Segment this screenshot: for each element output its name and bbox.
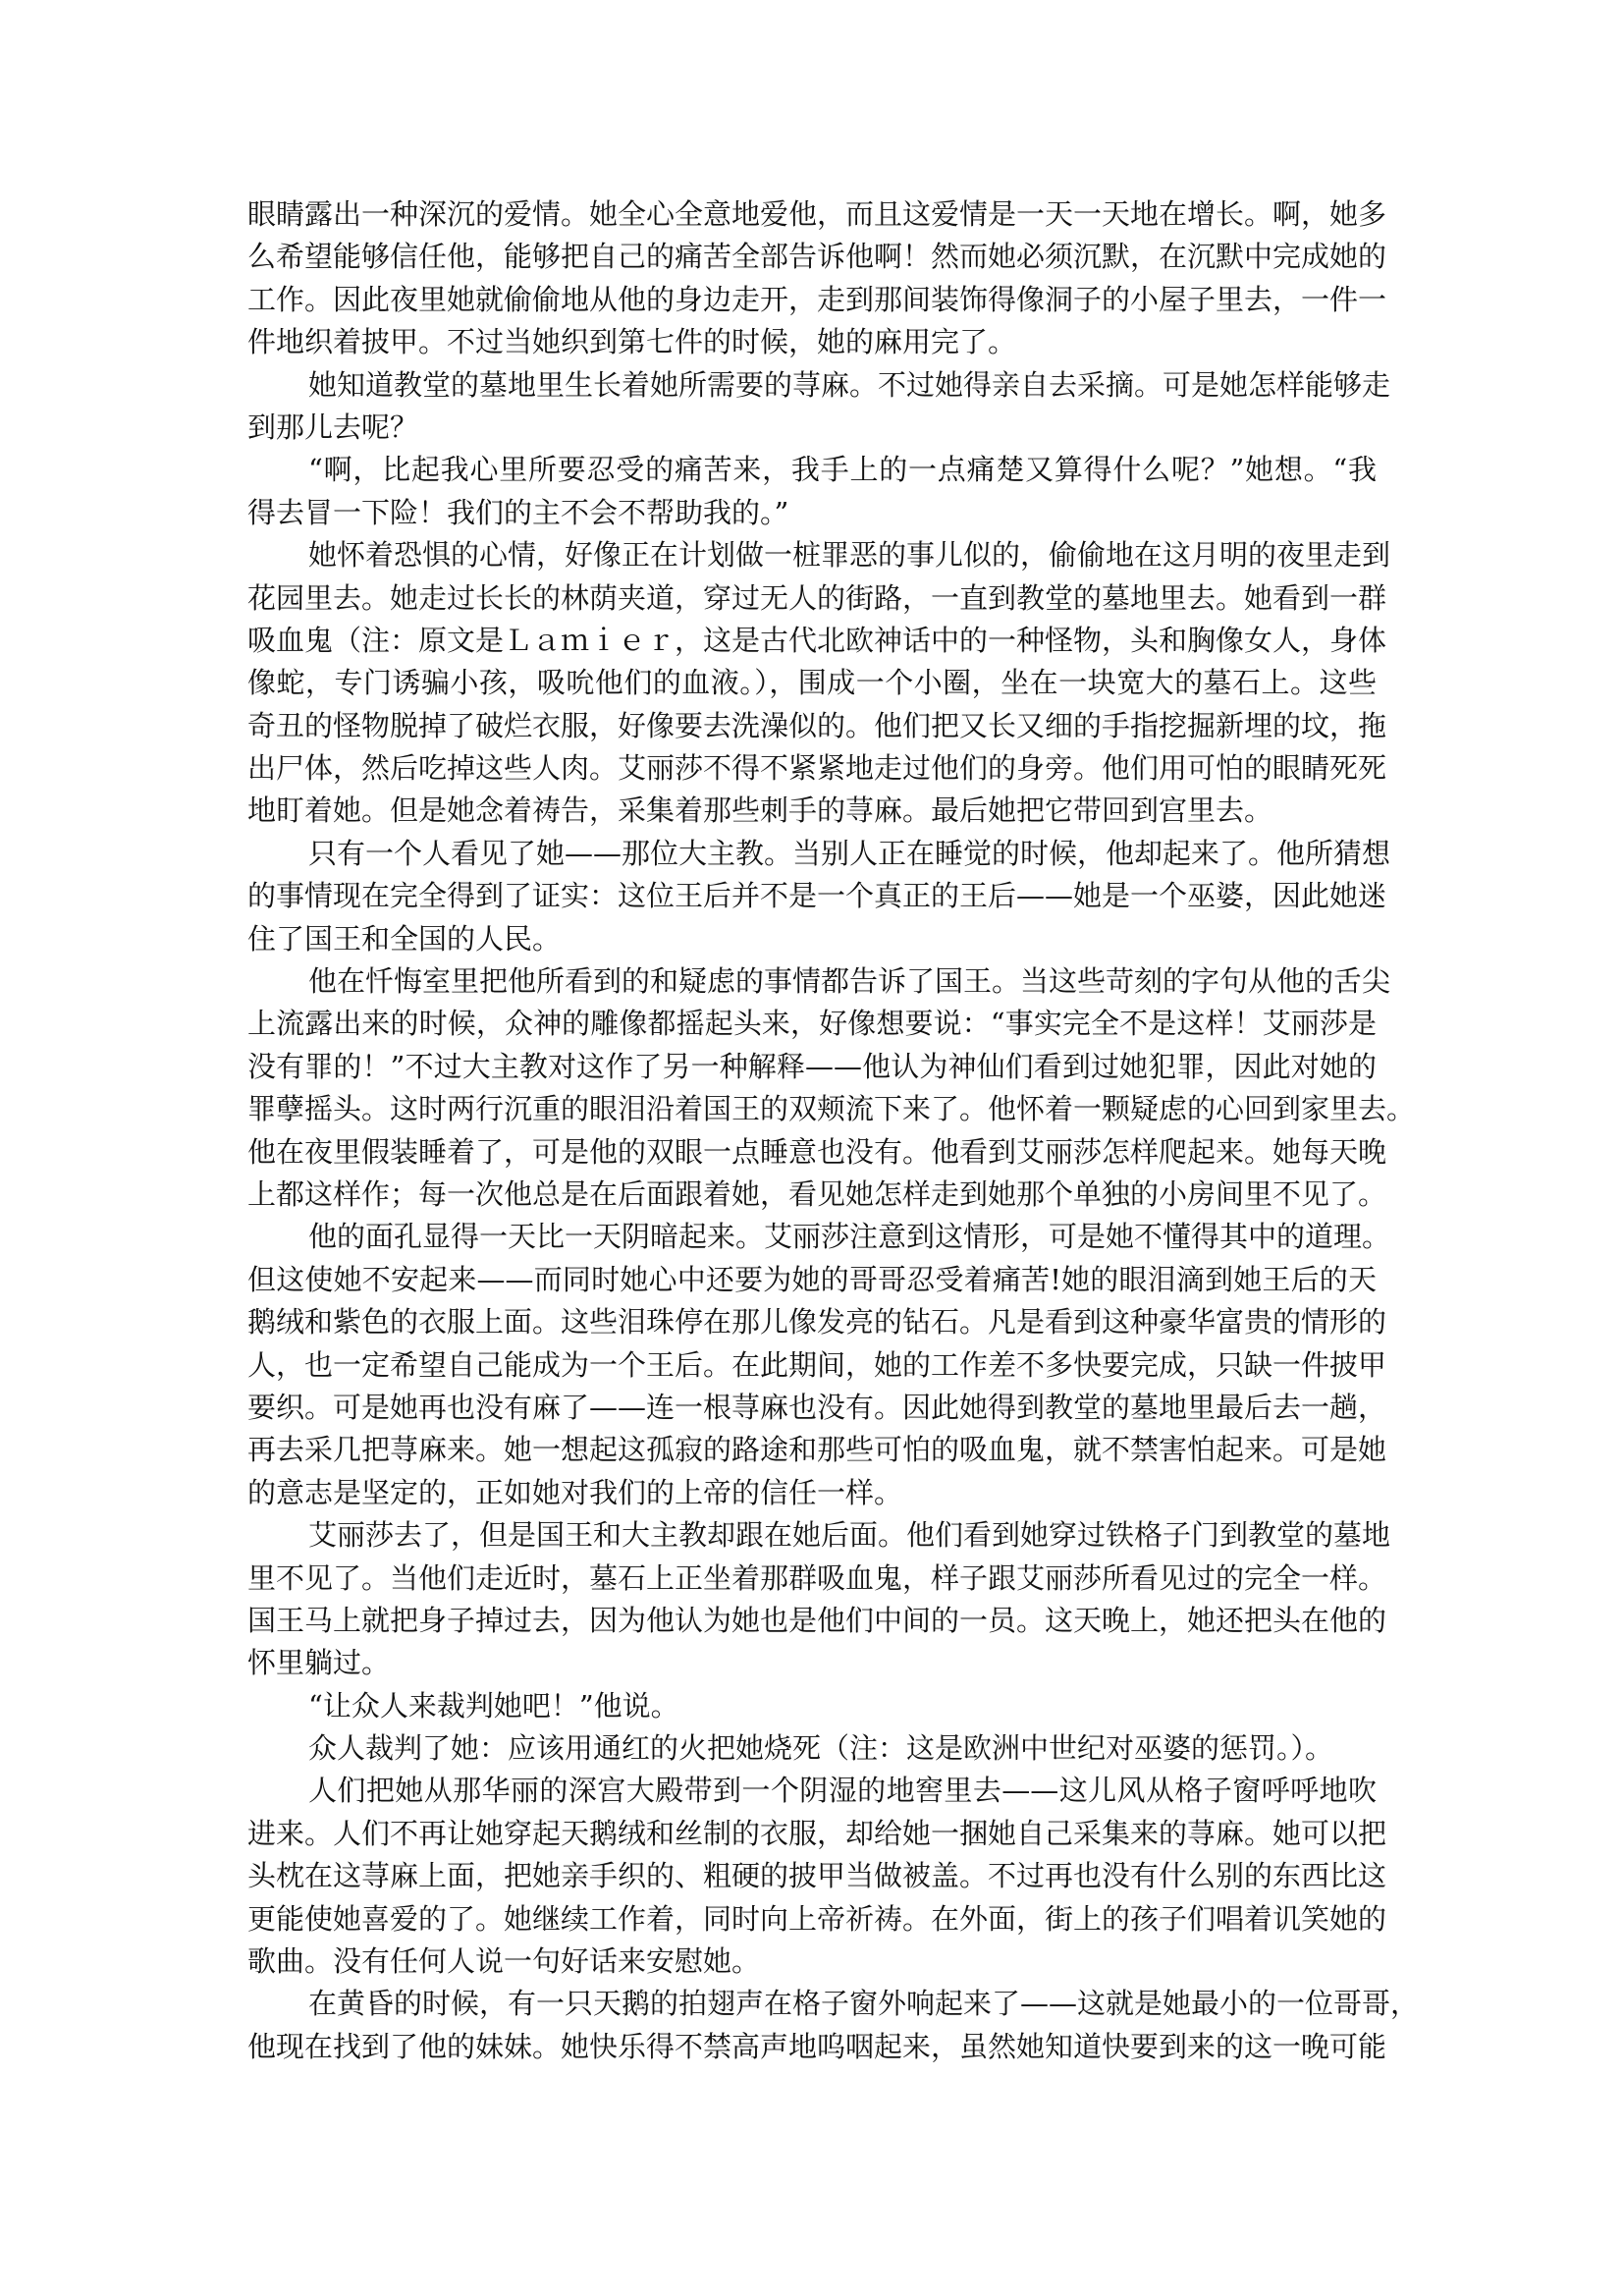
text-line: 国王马上就把身子掉过去，因为他认为她也是他们中间的一员。这天晚上，她还把头在他的 (247, 1600, 1377, 1642)
text-line: 吸血鬼（注：原文是Ｌａｍｉｅｒ，这是古代北欧神话中的一种怪物，头和胸像女人，身体 (247, 620, 1377, 662)
text-line: 但这使她不安起来——而同时她心中还要为她的哥哥忍受着痛苦!她的眼泪滴到她王后的天 (247, 1259, 1377, 1301)
text-line: 头枕在这荨麻上面，把她亲手织的、粗硬的披甲当做被盖。不过再也没有什么别的东西比这 (247, 1855, 1377, 1897)
text-line: 到那儿去呢？ (247, 407, 1377, 449)
text-line: 只有一个人看见了她——那位大主教。当别人正在睡觉的时候，他却起来了。他所猜想 (247, 833, 1377, 875)
text-line: 她知道教堂的墓地里生长着她所需要的荨麻。不过她得亲自去采摘。可是她怎样能够走 (247, 364, 1377, 407)
text-line: 人们把她从那华丽的深宫大殿带到一个阴湿的地窖里去——这儿风从格子窗呼呼地吹 (247, 1770, 1377, 1812)
text-line: 歌曲。没有任何人说一句好话来安慰她。 (247, 1941, 1377, 1983)
text-line: 的意志是坚定的，正如她对我们的上帝的信任一样。 (247, 1472, 1377, 1514)
document-page: 眼睛露出一种深沉的爱情。她全心全意地爱他，而且这爱情是一天一天地在增长。啊，她多… (247, 193, 1377, 2068)
text-line: 没有罪的！”不过大主教对这作了另一种解释——他认为神仙们看到过她犯罪，因此对她的 (247, 1046, 1377, 1088)
text-line: 工作。因此夜里她就偷偷地从他的身边走开，走到那间装饰得像洞子的小屋子里去，一件一 (247, 279, 1377, 321)
text-line: 眼睛露出一种深沉的爱情。她全心全意地爱他，而且这爱情是一天一天地在增长。啊，她多 (247, 193, 1377, 236)
text-line: 出尸体，然后吃掉这些人肉。艾丽莎不得不紧紧地走过他们的身旁。他们用可怕的眼睛死死 (247, 747, 1377, 790)
text-line: 再去采几把荨麻来。她一想起这孤寂的路途和那些可怕的吸血鬼，就不禁害怕起来。可是她 (247, 1429, 1377, 1471)
document-body: 眼睛露出一种深沉的爱情。她全心全意地爱他，而且这爱情是一天一天地在增长。啊，她多… (247, 193, 1377, 2068)
text-line: 更能使她喜爱的了。她继续工作着，同时向上帝祈祷。在外面，街上的孩子们唱着讥笑她的 (247, 1898, 1377, 1941)
text-line: 上流露出来的时候，众神的雕像都摇起头来，好像想要说：“事实完全不是这样！艾丽莎是 (247, 1003, 1377, 1045)
text-line: “让众人来裁判她吧！”他说。 (247, 1685, 1377, 1727)
text-line: 里不见了。当他们走近时，墓石上正坐着那群吸血鬼，样子跟艾丽莎所看见过的完全一样。 (247, 1558, 1377, 1600)
text-line: 他在忏悔室里把他所看到的和疑虑的事情都告诉了国王。当这些苛刻的字句从他的舌尖 (247, 960, 1377, 1003)
text-line: 人，也一定希望自己能成为一个王后。在此期间，她的工作差不多快要完成，只缺一件披甲 (247, 1344, 1377, 1387)
text-line: 在黄昏的时候，有一只天鹅的拍翅声在格子窗外响起来了——这就是她最小的一位哥哥， (247, 1983, 1377, 2025)
text-line: 住了国王和全国的人民。 (247, 918, 1377, 960)
text-line: 罪孽摇头。这时两行沉重的眼泪沿着国王的双颊流下来了。他怀着一颗疑虑的心回到家里去… (247, 1088, 1377, 1130)
text-line: 艾丽莎去了，但是国王和大主教却跟在她后面。他们看到她穿过铁格子门到教堂的墓地 (247, 1514, 1377, 1557)
text-line: 鹅绒和紫色的衣服上面。这些泪珠停在那儿像发亮的钻石。凡是看到这种豪华富贵的情形的 (247, 1301, 1377, 1343)
text-line: 他的面孔显得一天比一天阴暗起来。艾丽莎注意到这情形，可是她不懂得其中的道理。 (247, 1216, 1377, 1258)
text-line: 花园里去。她走过长长的林荫夹道，穿过无人的街路，一直到教堂的墓地里去。她看到一群 (247, 577, 1377, 620)
text-line: 要织。可是她再也没有麻了——连一根荨麻也没有。因此她得到教堂的墓地里最后去一趟， (247, 1387, 1377, 1429)
text-line: 上都这样作；每一次他总是在后面跟着她，看见她怎样走到她那个单独的小房间里不见了。 (247, 1174, 1377, 1216)
text-line: 得去冒一下险！我们的主不会不帮助我的。” (247, 492, 1377, 534)
text-line: 她怀着恐惧的心情，好像正在计划做一桩罪恶的事儿似的，偷偷地在这月明的夜里走到 (247, 534, 1377, 576)
text-line: 他现在找到了他的妹妹。她快乐得不禁高声地呜咽起来，虽然她知道快要到来的这一晚可能 (247, 2026, 1377, 2068)
text-line: 的事情现在完全得到了证实：这位王后并不是一个真正的王后——她是一个巫婆，因此她迷 (247, 875, 1377, 917)
text-line: 奇丑的怪物脱掉了破烂衣服，好像要去洗澡似的。他们把又长又细的手指挖掘新埋的坟，拖 (247, 705, 1377, 747)
text-line: 怀里躺过。 (247, 1642, 1377, 1684)
text-line: “啊，比起我心里所要忍受的痛苦来，我手上的一点痛楚又算得什么呢？”她想。“我 (247, 449, 1377, 491)
text-line: 么希望能够信任他，能够把自己的痛苦全部告诉他啊！然而她必须沉默，在沉默中完成她的 (247, 236, 1377, 278)
text-line: 像蛇，专门诱骗小孩，吸吮他们的血液。），围成一个小圈，坐在一块宽大的墓石上。这些 (247, 662, 1377, 704)
text-line: 地盯着她。但是她念着祷告，采集着那些刺手的荨麻。最后她把它带回到宫里去。 (247, 790, 1377, 832)
text-line: 进来。人们不再让她穿起天鹅绒和丝制的衣服，却给她一捆她自己采集来的荨麻。她可以把 (247, 1813, 1377, 1855)
text-line: 件地织着披甲。不过当她织到第七件的时候，她的麻用完了。 (247, 321, 1377, 363)
text-line: 众人裁判了她：应该用通红的火把她烧死（注：这是欧洲中世纪对巫婆的惩罚。）。 (247, 1727, 1377, 1770)
text-line: 他在夜里假装睡着了，可是他的双眼一点睡意也没有。他看到艾丽莎怎样爬起来。她每天晚 (247, 1131, 1377, 1174)
